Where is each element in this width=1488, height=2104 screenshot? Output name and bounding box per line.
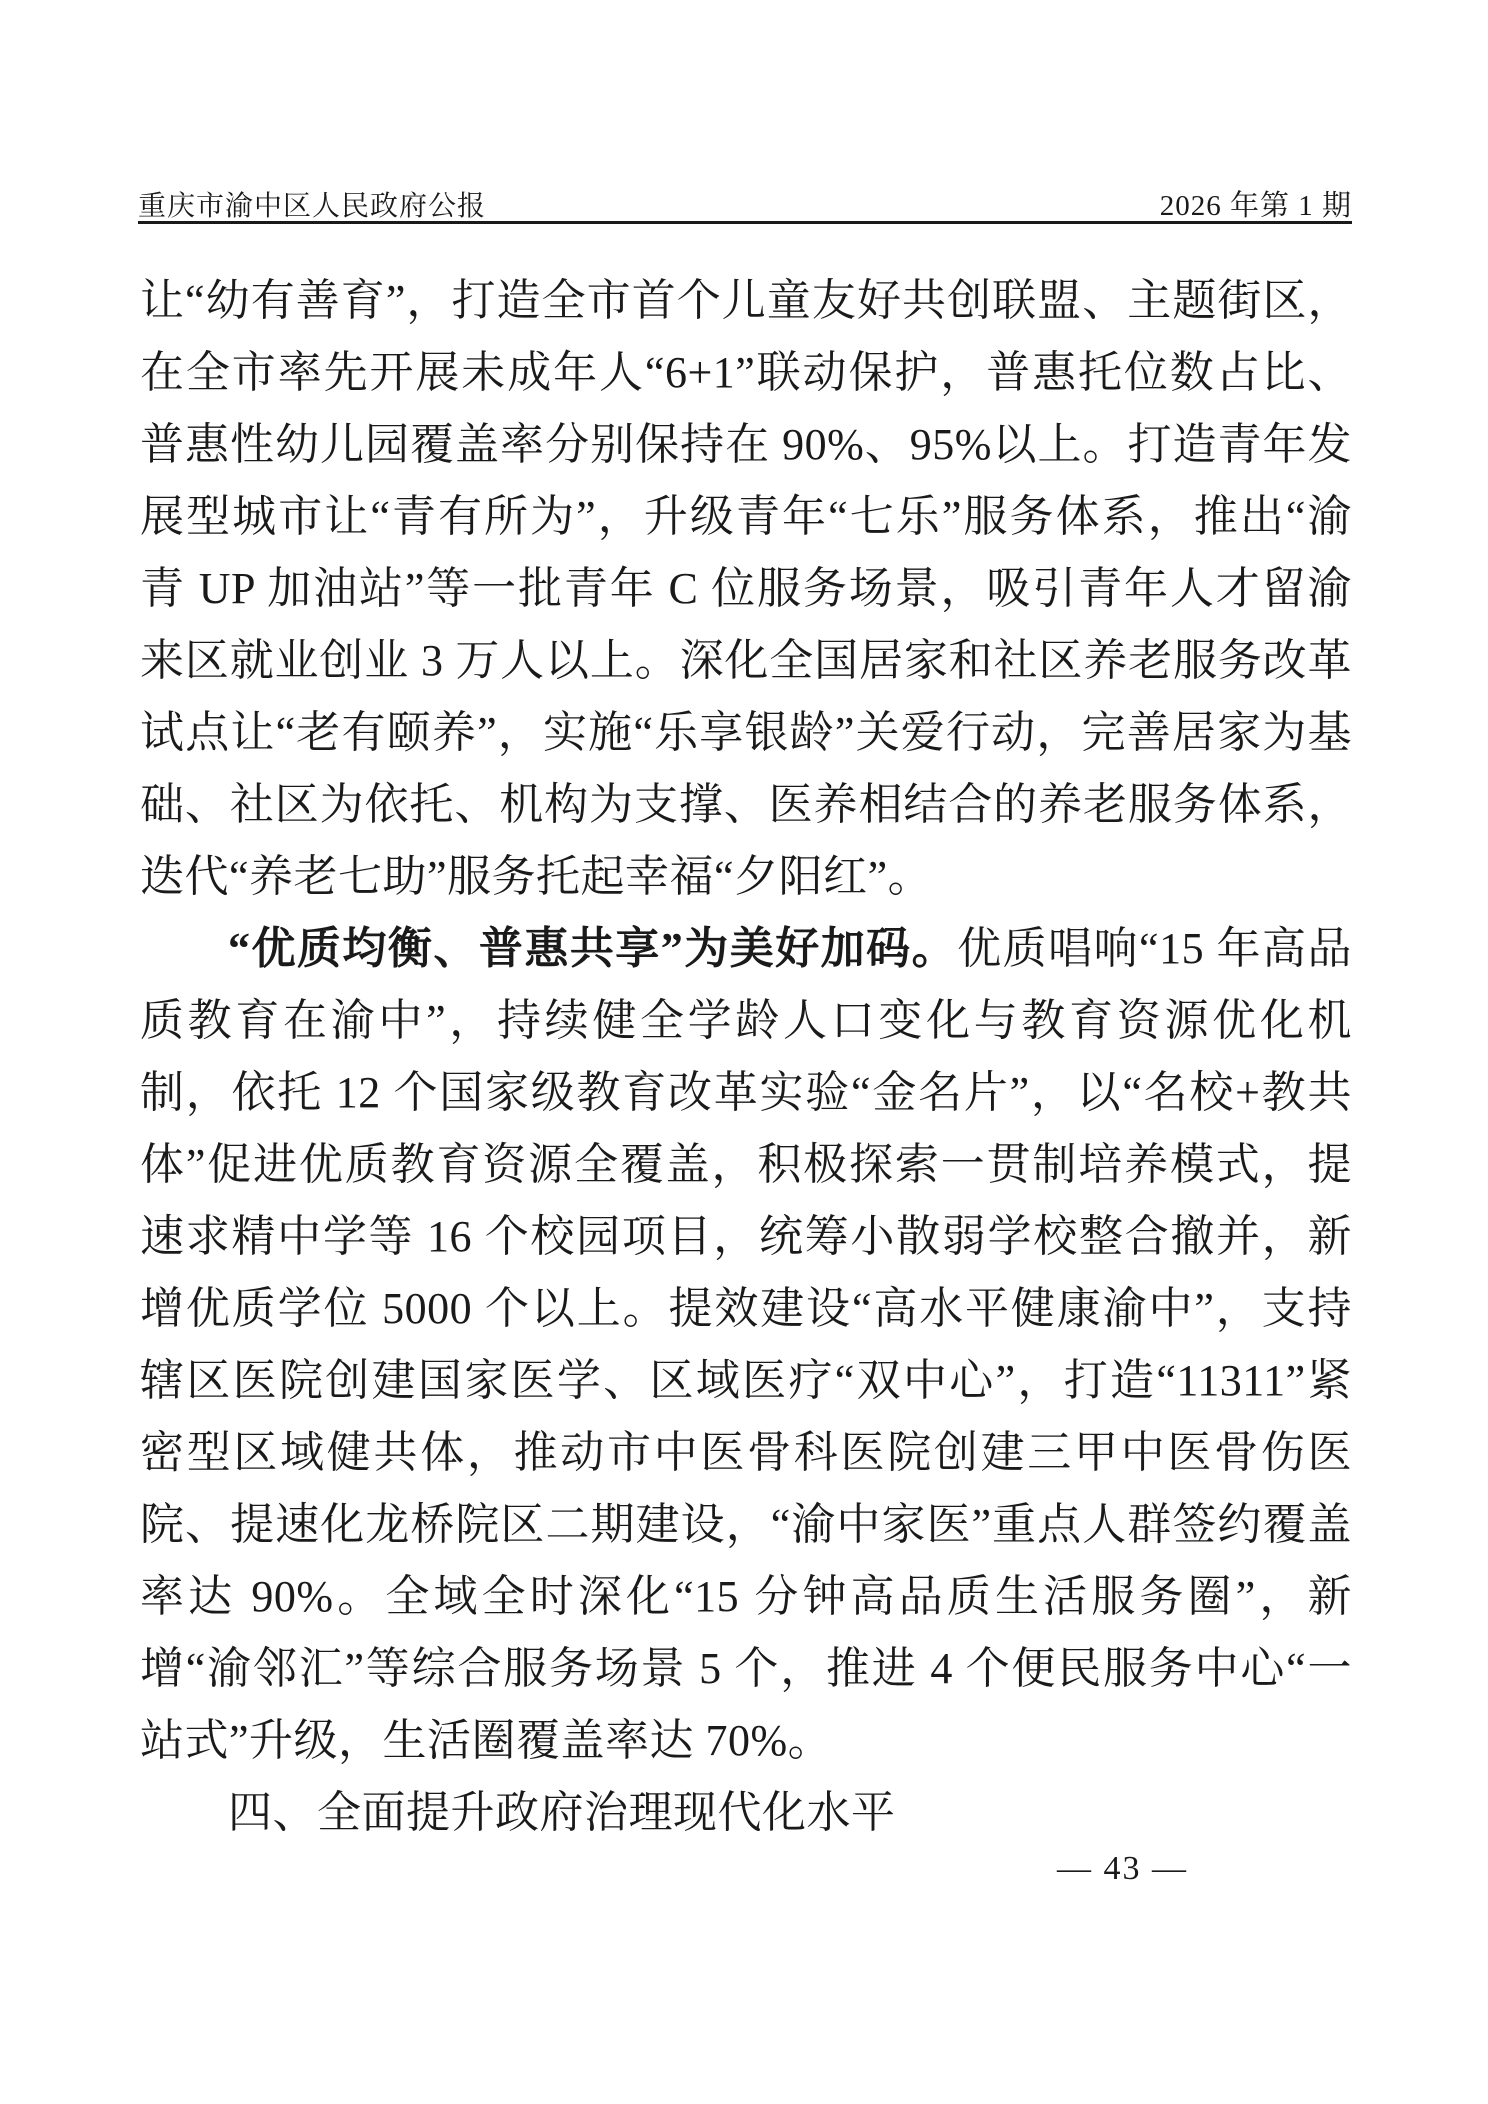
page-header: 重庆市渝中区人民政府公报 2026 年第 1 期 [138,183,1352,224]
document-body: 让“幼有善育”，打造全市首个儿童友好共创联盟、主题街区，在全市率先开展未成年人“… [140,265,1352,1849]
header-rule [138,221,1352,224]
gazette-title: 重庆市渝中区人民政府公报 [138,184,486,224]
paragraph-bold-lead: “优质均衡、普惠共享”为美好加码。 [228,924,957,973]
gazette-page: 重庆市渝中区人民政府公报 2026 年第 1 期 让“幼有善育”，打造全市首个儿… [0,0,1488,2104]
paragraph-education-health: “优质均衡、普惠共享”为美好加码。优质唱响“15 年高品质教育在渝中”，持续健全… [140,913,1352,1777]
issue-label: 2026 年第 1 期 [1160,183,1352,224]
page-number: — 43 — [1057,1850,1188,1888]
section-heading: 四、全面提升政府治理现代化水平 [140,1777,1352,1849]
paragraph-text: 优质唱响“15 年高品质教育在渝中”，持续健全学龄人口变化与教育资源优化机制，依… [140,924,1352,1765]
section-heading-text: 四、全面提升政府治理现代化水平 [228,1788,896,1837]
paragraph-childcare-youth-elderly: 让“幼有善育”，打造全市首个儿童友好共创联盟、主题街区，在全市率先开展未成年人“… [140,265,1352,913]
paragraph-text: 让“幼有善育”，打造全市首个儿童友好共创联盟、主题街区，在全市率先开展未成年人“… [140,276,1352,901]
